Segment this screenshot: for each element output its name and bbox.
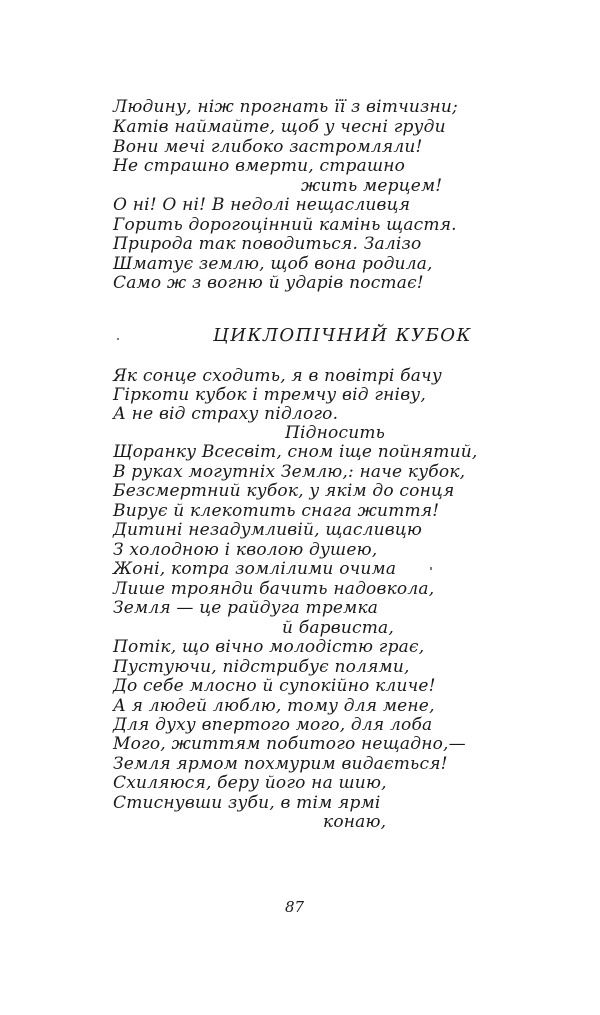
verse-line: Вони мечі глибоко застромляли! [113, 138, 423, 157]
verse-line: Мого, життям побитого нещадно,— [113, 735, 466, 754]
verse-line: До себе млосно й супокійно кличе! [113, 677, 436, 696]
verse-line: Схиляюся, беру його на шию, [113, 774, 387, 793]
verse-line: Лише троянди бачить надовкола, [113, 580, 434, 599]
verse-line: Земля — це райдуга тремка [113, 599, 378, 618]
verse-line: Для духу впертого мого, для лоба [113, 716, 432, 735]
page-number: 87 [285, 898, 304, 916]
verse-line: Безсмертний кубок, у якім до сонця [113, 482, 454, 501]
poem-title: ЦИКЛОПІЧНИЙ КУБОК [213, 325, 472, 346]
verse-line: жить мерцем! [301, 177, 442, 196]
verse-line: А не від страху підлого. [113, 405, 338, 424]
verse-line: Горить дорогоцінний камінь щастя. [113, 216, 457, 235]
verse-line: Шматує землю, щоб вона родила, [113, 255, 433, 274]
verse-line: Підносить [285, 424, 385, 443]
verse-line: Не страшно вмерти, страшно [113, 157, 405, 176]
book-page: Людину, ніж прогнать її з вітчизни;Катів… [0, 0, 600, 1015]
verse-line: Потік, що вічно молодістю грає, [113, 638, 424, 657]
verse-line: Земля ярмом похмурим видається! [113, 755, 448, 774]
verse-line: Пустуючи, підстрибує полями, [113, 658, 410, 677]
verse-line: Вирує й клекотить снага життя! [113, 502, 439, 521]
verse-line: О ні! О ні! В недолі нещасливця [113, 196, 410, 215]
verse-line: Дитині незадумливій, щасливцю [113, 521, 422, 540]
verse-line: Катів наймайте, щоб у чесні груди [113, 118, 446, 137]
verse-line: Само ж з вогню й ударів постає! [113, 274, 424, 293]
verse-line: Щоранку Всесвіт, сном іще пойнятий, [113, 443, 478, 462]
verse-line: Як сонце сходить, я в повітрі бачу [113, 367, 442, 386]
verse-line: А я людей люблю, тому для мене, [113, 697, 435, 716]
verse-line: Гіркоти кубок і тремчу від гніву, [113, 386, 426, 405]
verse-line: Людину, ніж прогнать її з вітчизни; [113, 98, 458, 117]
verse-line: З холодною і кволою душею, [113, 541, 377, 560]
print-speck [430, 567, 432, 570]
verse-line: Жоні, котра зомлілими очима [113, 560, 396, 579]
verse-line: Природа так поводиться. Залізо [113, 235, 421, 254]
verse-line: конаю, [323, 813, 386, 832]
verse-line: й барвиста, [282, 619, 394, 638]
verse-line: Стиснувши зуби, в тім ярмі [113, 794, 381, 813]
print-speck [117, 338, 119, 340]
verse-line: В руках могутніх Землю,: наче кубок, [113, 463, 465, 482]
